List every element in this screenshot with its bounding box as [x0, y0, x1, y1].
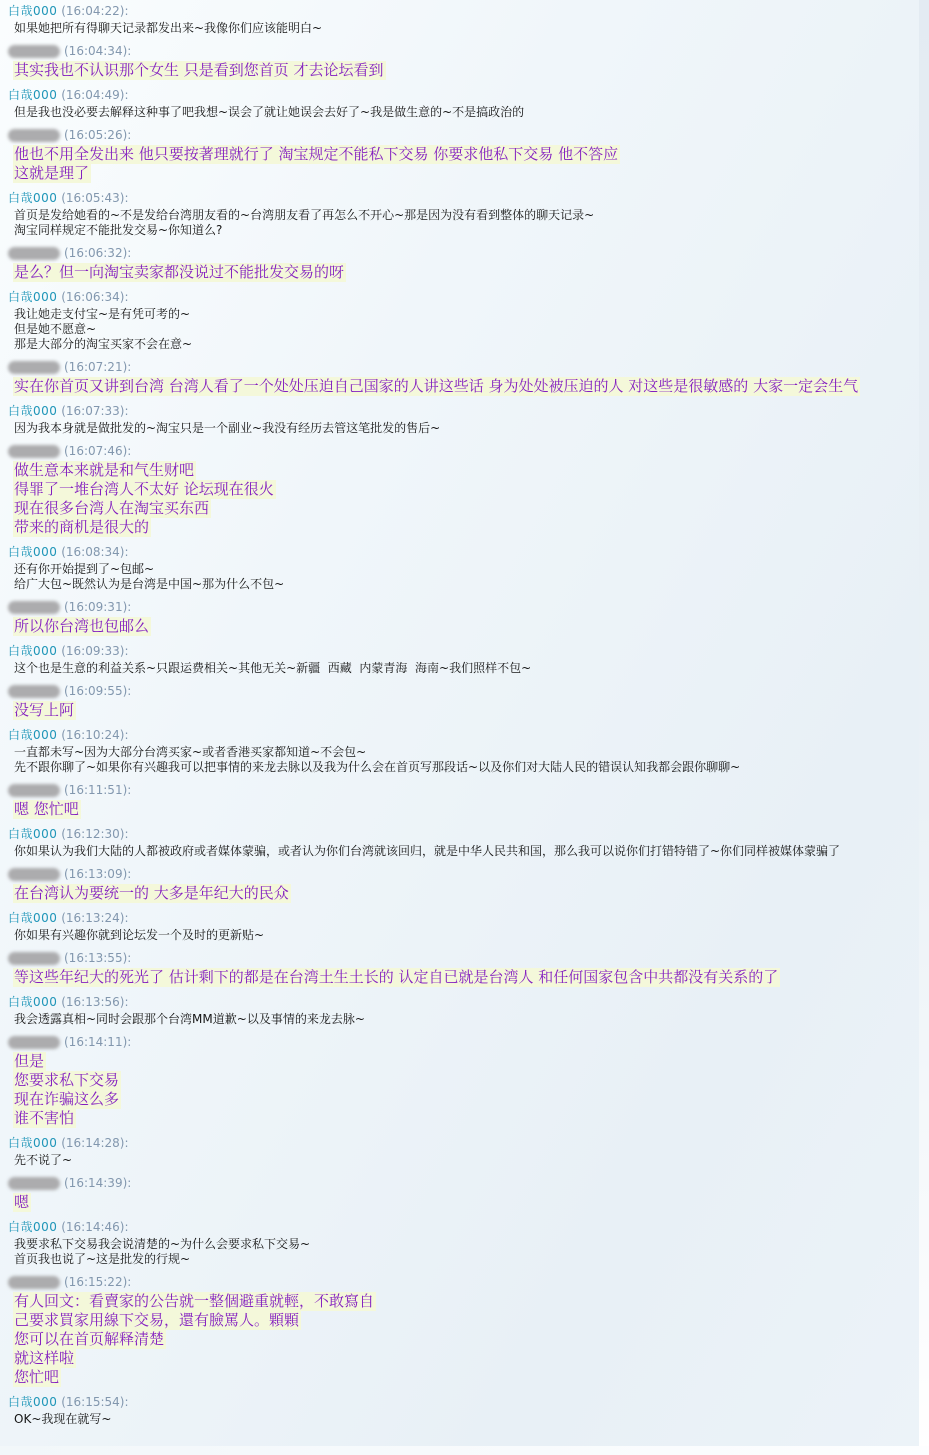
message-text: 他也不用全发出来 他只要按著理就行了 淘宝规定不能私下交易 你要求他私下交易 他… — [13, 145, 620, 164]
message-text: 等这些年纪大的死光了 估计剩下的都是在台湾土生土长的 认定自已就是台湾人 和任何… — [13, 968, 780, 987]
message-header: (16:09:31): — [0, 600, 929, 615]
message-line: 你如果认为我们大陆的人都被政府或者媒体蒙骗，或者认为你们台湾就该回归，就是中华人… — [0, 844, 929, 859]
message-timestamp: (16:15:22): — [64, 1275, 131, 1289]
message-block: (16:05:26):他也不用全发出来 他只要按著理就行了 淘宝规定不能私下交易… — [0, 128, 929, 183]
message-header: 白哉000 (16:04:22): — [0, 4, 929, 19]
message-text: 但是她不愿意~ — [14, 322, 96, 336]
redacted-sender-name-blob — [8, 685, 60, 698]
message-text: 是么？但一向淘宝卖家都没说过不能批发交易的呀 — [13, 263, 346, 282]
message-text: 给广大包~既然认为是台湾是中国~那为什么不包~ — [14, 577, 284, 591]
message-text: 您可以在首页解释清楚 — [13, 1330, 166, 1349]
message-header: (16:09:55): — [0, 684, 929, 699]
message-header: 白哉000 (16:12:30): — [0, 827, 929, 842]
message-block: 白哉000 (16:13:24):你如果有兴趣你就到论坛发一个及时的更新贴~ — [0, 911, 929, 943]
message-line: 嗯 您忙吧 — [0, 800, 929, 819]
message-text: 但是 — [13, 1052, 46, 1071]
message-timestamp: (16:13:56): — [61, 995, 128, 1009]
message-block: 白哉000 (16:13:56):我会透露真相~同时会跟那个台湾MM道歉~以及事… — [0, 995, 929, 1027]
redacted-sender-name-blob — [8, 247, 60, 260]
message-line: 就这样啦 — [0, 1349, 929, 1368]
message-timestamp: (16:05:26): — [64, 128, 131, 142]
message-line: 我会透露真相~同时会跟那个台湾MM道歉~以及事情的来龙去脉~ — [0, 1012, 929, 1027]
message-header: (16:14:39): — [0, 1176, 929, 1191]
message-timestamp: (16:09:31): — [64, 600, 131, 614]
message-text: 您忙吧 — [13, 1368, 61, 1387]
message-block: 白哉000 (16:12:30):你如果认为我们大陆的人都被政府或者媒体蒙骗，或… — [0, 827, 929, 859]
message-line: 给广大包~既然认为是台湾是中国~那为什么不包~ — [0, 577, 929, 592]
sender-name[interactable]: 白哉000 — [8, 290, 57, 304]
message-text: OK~我现在就写~ — [14, 1412, 111, 1426]
message-header: 白哉000 (16:10:24): — [0, 728, 929, 743]
message-header: (16:07:46): — [0, 444, 929, 459]
message-text: 现在很多台湾人在淘宝买东西 — [13, 499, 211, 518]
sender-name[interactable]: 白哉000 — [8, 995, 57, 1009]
message-text: 有人回文：看賣家的公告就一整個避重就輕，不敢寫自 — [13, 1292, 376, 1311]
message-text: 就这样啦 — [13, 1349, 76, 1368]
message-line: OK~我现在就写~ — [0, 1412, 929, 1427]
message-text: 谁不害怕 — [13, 1109, 76, 1128]
message-header: (16:07:21): — [0, 360, 929, 375]
message-header: 白哉000 (16:13:24): — [0, 911, 929, 926]
message-timestamp: (16:12:30): — [61, 827, 128, 841]
message-block: 白哉000 (16:05:43):首页是发给她看的~不是发给台湾朋友看的~台湾朋… — [0, 191, 929, 238]
sender-name[interactable]: 白哉000 — [8, 191, 57, 205]
message-text: 您要求私下交易 — [13, 1071, 121, 1090]
message-text: 做生意本来就是和气生财吧 — [13, 461, 196, 480]
message-text: 先不跟你聊了~如果你有兴趣我可以把事情的来龙去脉以及我为什么会在首页写那段话~以… — [14, 760, 740, 774]
message-header: (16:13:09): — [0, 867, 929, 882]
message-timestamp: (16:08:34): — [61, 545, 128, 559]
sender-name[interactable]: 白哉000 — [8, 4, 57, 18]
message-text: 首页我也说了~这是批发的行规~ — [14, 1252, 190, 1266]
message-timestamp: (16:14:28): — [61, 1136, 128, 1150]
message-line: 这个也是生意的利益关系~只跟运费相关~其他无关~新疆 西藏 内蒙青海 海南~我们… — [0, 661, 929, 676]
message-timestamp: (16:09:55): — [64, 684, 131, 698]
message-line: 还有你开始提到了~包邮~ — [0, 562, 929, 577]
message-line: 首页是发给她看的~不是发给台湾朋友看的~台湾朋友看了再怎么不开心~那是因为没有看… — [0, 208, 929, 223]
message-text: 因为我本身就是做批发的~淘宝只是一个副业~我没有经历去管这笔批发的售后~ — [14, 421, 440, 435]
message-block: (16:13:55):等这些年纪大的死光了 估计剩下的都是在台湾土生土长的 认定… — [0, 951, 929, 987]
message-text: 实在你首页又讲到台湾 台湾人看了一个处处压迫自己国家的人讲这些话 身为处处被压迫… — [13, 377, 860, 396]
message-line: 谁不害怕 — [0, 1109, 929, 1128]
message-text: 先不说了~ — [14, 1153, 72, 1167]
message-block: 白哉000 (16:04:49):但是我也没必要去解释这种事了吧我想~误会了就让… — [0, 88, 929, 120]
message-header: (16:06:32): — [0, 246, 929, 261]
message-block: (16:07:46):做生意本来就是和气生财吧得罪了一堆台湾人不太好 论坛现在很… — [0, 444, 929, 537]
message-line: 我让她走支付宝~是有凭可考的~ — [0, 307, 929, 322]
message-header: 白哉000 (16:09:33): — [0, 644, 929, 659]
message-text: 首页是发给她看的~不是发给台湾朋友看的~台湾朋友看了再怎么不开心~那是因为没有看… — [14, 208, 594, 222]
message-text: 现在诈骗这么多 — [13, 1090, 121, 1109]
message-timestamp: (16:15:54): — [61, 1395, 128, 1409]
message-block: (16:15:22):有人回文：看賣家的公告就一整個避重就輕，不敢寫自己要求買家… — [0, 1275, 929, 1387]
message-line: 但是 — [0, 1052, 929, 1071]
message-block: 白哉000 (16:08:34):还有你开始提到了~包邮~给广大包~既然认为是台… — [0, 545, 929, 592]
message-line: 己要求買家用線下交易，還有臉罵人。顆顆 — [0, 1311, 929, 1330]
message-text: 那是大部分的淘宝买家不会在意~ — [14, 337, 192, 351]
sender-name[interactable]: 白哉000 — [8, 1395, 57, 1409]
message-line: 现在诈骗这么多 — [0, 1090, 929, 1109]
chat-log: 白哉000 (16:04:22):如果她把所有得聊天记录都发出来~我像你们应该能… — [0, 0, 929, 1427]
message-line: 做生意本来就是和气生财吧 — [0, 461, 929, 480]
message-line: 他也不用全发出来 他只要按著理就行了 淘宝规定不能私下交易 你要求他私下交易 他… — [0, 145, 929, 164]
sender-name[interactable]: 白哉000 — [8, 644, 57, 658]
message-text: 没写上阿 — [13, 701, 76, 720]
sender-name[interactable]: 白哉000 — [8, 827, 57, 841]
message-header: (16:04:34): — [0, 44, 929, 59]
message-text: 但是我也没必要去解释这种事了吧我想~误会了就让她误会去好了~我是做生意的~不是搞… — [14, 105, 524, 119]
message-header: 白哉000 (16:06:34): — [0, 290, 929, 305]
message-line: 淘宝同样规定不能批发交易~你知道么? — [0, 223, 929, 238]
message-timestamp: (16:06:32): — [64, 246, 131, 260]
sender-name[interactable]: 白哉000 — [8, 404, 57, 418]
message-line: 嗯 — [0, 1193, 929, 1212]
message-text: 我会透露真相~同时会跟那个台湾MM道歉~以及事情的来龙去脉~ — [14, 1012, 365, 1026]
message-timestamp: (16:04:34): — [64, 44, 131, 58]
message-block: 白哉000 (16:15:54):OK~我现在就写~ — [0, 1395, 929, 1427]
message-line: 首页我也说了~这是批发的行规~ — [0, 1252, 929, 1267]
bottom-edge-band — [0, 1446, 929, 1455]
message-header: 白哉000 (16:05:43): — [0, 191, 929, 206]
message-block: (16:11:51):嗯 您忙吧 — [0, 783, 929, 819]
message-text: 带来的商机是很大的 — [13, 518, 151, 537]
message-line: 所以你台湾也包邮么 — [0, 617, 929, 636]
redacted-sender-name-blob — [8, 445, 60, 458]
sender-name[interactable]: 白哉000 — [8, 728, 57, 742]
message-block: (16:13:09):在台湾认为要统一的 大多是年纪大的民众 — [0, 867, 929, 903]
message-line: 您要求私下交易 — [0, 1071, 929, 1090]
message-text: 这就是理了 — [13, 164, 91, 183]
message-text: 其实我也不认识那个女生 只是看到您首页 才去论坛看到 — [13, 61, 386, 80]
message-text: 你如果有兴趣你就到论坛发一个及时的更新贴~ — [14, 928, 264, 942]
message-timestamp: (16:13:09): — [64, 867, 131, 881]
sender-name[interactable]: 白哉000 — [8, 88, 57, 102]
message-header: 白哉000 (16:14:46): — [0, 1220, 929, 1235]
message-text: 得罪了一堆台湾人不太好 论坛现在很火 — [13, 480, 276, 499]
message-timestamp: (16:09:33): — [61, 644, 128, 658]
message-block: (16:04:34):其实我也不认识那个女生 只是看到您首页 才去论坛看到 — [0, 44, 929, 80]
redacted-sender-name-blob — [8, 868, 60, 881]
message-timestamp: (16:14:39): — [64, 1176, 131, 1190]
redacted-sender-name-blob — [8, 601, 60, 614]
message-timestamp: (16:07:46): — [64, 444, 131, 458]
message-timestamp: (16:04:49): — [61, 88, 128, 102]
message-timestamp: (16:13:24): — [61, 911, 128, 925]
message-line: 但是她不愿意~ — [0, 322, 929, 337]
message-block: 白哉000 (16:04:22):如果她把所有得聊天记录都发出来~我像你们应该能… — [0, 4, 929, 36]
message-line: 带来的商机是很大的 — [0, 518, 929, 537]
message-line: 如果她把所有得聊天记录都发出来~我像你们应该能明白~ — [0, 21, 929, 36]
message-timestamp: (16:04:22): — [61, 4, 128, 18]
redacted-sender-name-blob — [8, 1276, 60, 1289]
message-text: 己要求買家用線下交易，還有臉罵人。顆顆 — [13, 1311, 301, 1330]
message-line: 一直都未写~因为大部分台湾买家~或者香港买家都知道~不会包~ — [0, 745, 929, 760]
message-timestamp: (16:14:46): — [61, 1220, 128, 1234]
message-block: (16:06:32):是么？但一向淘宝卖家都没说过不能批发交易的呀 — [0, 246, 929, 282]
message-line: 这就是理了 — [0, 164, 929, 183]
message-header: (16:11:51): — [0, 783, 929, 798]
message-text: 这个也是生意的利益关系~只跟运费相关~其他无关~新疆 西藏 内蒙青海 海南~我们… — [14, 661, 531, 675]
message-timestamp: (16:13:55): — [64, 951, 131, 965]
message-line: 您忙吧 — [0, 1368, 929, 1387]
sender-name[interactable]: 白哉000 — [8, 1220, 57, 1234]
redacted-sender-name-blob — [8, 1177, 60, 1190]
message-block: 白哉000 (16:06:34):我让她走支付宝~是有凭可考的~但是她不愿意~那… — [0, 290, 929, 352]
redacted-sender-name-blob — [8, 45, 60, 58]
message-block: (16:14:11):但是您要求私下交易现在诈骗这么多谁不害怕 — [0, 1035, 929, 1128]
sender-name[interactable]: 白哉000 — [8, 545, 57, 559]
redacted-sender-name-blob — [8, 129, 60, 142]
message-line: 先不跟你聊了~如果你有兴趣我可以把事情的来龙去脉以及我为什么会在首页写那段话~以… — [0, 760, 929, 775]
message-line: 得罪了一堆台湾人不太好 论坛现在很火 — [0, 480, 929, 499]
message-timestamp: (16:06:34): — [61, 290, 128, 304]
message-block: 白哉000 (16:14:28):先不说了~ — [0, 1136, 929, 1168]
message-timestamp: (16:07:33): — [61, 404, 128, 418]
message-text: 嗯 — [13, 1193, 31, 1212]
message-block: (16:07:21):实在你首页又讲到台湾 台湾人看了一个处处压迫自己国家的人讲… — [0, 360, 929, 396]
message-header: (16:13:55): — [0, 951, 929, 966]
redacted-sender-name-blob — [8, 1036, 60, 1049]
message-line: 您可以在首页解释清楚 — [0, 1330, 929, 1349]
message-line: 现在很多台湾人在淘宝买东西 — [0, 499, 929, 518]
message-header: 白哉000 (16:08:34): — [0, 545, 929, 560]
message-block: (16:09:31):所以你台湾也包邮么 — [0, 600, 929, 636]
message-line: 是么？但一向淘宝卖家都没说过不能批发交易的呀 — [0, 263, 929, 282]
message-timestamp: (16:07:21): — [64, 360, 131, 374]
message-timestamp: (16:14:11): — [64, 1035, 131, 1049]
message-line: 没写上阿 — [0, 701, 929, 720]
message-timestamp: (16:10:24): — [61, 728, 128, 742]
message-block: (16:09:55):没写上阿 — [0, 684, 929, 720]
message-header: (16:14:11): — [0, 1035, 929, 1050]
message-header: 白哉000 (16:13:56): — [0, 995, 929, 1010]
message-header: 白哉000 (16:04:49): — [0, 88, 929, 103]
redacted-sender-name-blob — [8, 784, 60, 797]
message-line: 先不说了~ — [0, 1153, 929, 1168]
message-block: 白哉000 (16:07:33):因为我本身就是做批发的~淘宝只是一个副业~我没… — [0, 404, 929, 436]
message-line: 等这些年纪大的死光了 估计剩下的都是在台湾土生土长的 认定自已就是台湾人 和任何… — [0, 968, 929, 987]
message-timestamp: (16:05:43): — [61, 191, 128, 205]
message-text: 一直都未写~因为大部分台湾买家~或者香港买家都知道~不会包~ — [14, 745, 366, 759]
message-line: 那是大部分的淘宝买家不会在意~ — [0, 337, 929, 352]
message-header: (16:15:22): — [0, 1275, 929, 1290]
message-block: 白哉000 (16:09:33):这个也是生意的利益关系~只跟运费相关~其他无关… — [0, 644, 929, 676]
message-line: 有人回文：看賣家的公告就一整個避重就輕，不敢寫自 — [0, 1292, 929, 1311]
message-header: 白哉000 (16:07:33): — [0, 404, 929, 419]
message-header: (16:05:26): — [0, 128, 929, 143]
message-text: 所以你台湾也包邮么 — [13, 617, 151, 636]
message-header: 白哉000 (16:15:54): — [0, 1395, 929, 1410]
message-line: 实在你首页又讲到台湾 台湾人看了一个处处压迫自己国家的人讲这些话 身为处处被压迫… — [0, 377, 929, 396]
message-line: 因为我本身就是做批发的~淘宝只是一个副业~我没有经历去管这笔批发的售后~ — [0, 421, 929, 436]
redacted-sender-name-blob — [8, 361, 60, 374]
message-line: 我要求私下交易我会说清楚的~为什么会要求私下交易~ — [0, 1237, 929, 1252]
sender-name[interactable]: 白哉000 — [8, 911, 57, 925]
message-text: 我让她走支付宝~是有凭可考的~ — [14, 307, 190, 321]
message-block: 白哉000 (16:10:24):一直都未写~因为大部分台湾买家~或者香港买家都… — [0, 728, 929, 775]
message-text: 还有你开始提到了~包邮~ — [14, 562, 154, 576]
sender-name[interactable]: 白哉000 — [8, 1136, 57, 1150]
message-block: (16:14:39):嗯 — [0, 1176, 929, 1212]
message-line: 在台湾认为要统一的 大多是年纪大的民众 — [0, 884, 929, 903]
message-text: 你如果认为我们大陆的人都被政府或者媒体蒙骗，或者认为你们台湾就该回归，就是中华人… — [14, 844, 840, 858]
message-timestamp: (16:11:51): — [64, 783, 131, 797]
message-text: 我要求私下交易我会说清楚的~为什么会要求私下交易~ — [14, 1237, 310, 1251]
message-text: 在台湾认为要统一的 大多是年纪大的民众 — [13, 884, 291, 903]
message-block: 白哉000 (16:14:46):我要求私下交易我会说清楚的~为什么会要求私下交… — [0, 1220, 929, 1267]
redacted-sender-name-blob — [8, 952, 60, 965]
message-text: 如果她把所有得聊天记录都发出来~我像你们应该能明白~ — [14, 21, 322, 35]
message-text: 淘宝同样规定不能批发交易~你知道么? — [14, 223, 222, 237]
message-header: 白哉000 (16:14:28): — [0, 1136, 929, 1151]
message-line: 其实我也不认识那个女生 只是看到您首页 才去论坛看到 — [0, 61, 929, 80]
message-line: 你如果有兴趣你就到论坛发一个及时的更新贴~ — [0, 928, 929, 943]
message-line: 但是我也没必要去解释这种事了吧我想~误会了就让她误会去好了~我是做生意的~不是搞… — [0, 105, 929, 120]
message-text: 嗯 您忙吧 — [13, 800, 81, 819]
